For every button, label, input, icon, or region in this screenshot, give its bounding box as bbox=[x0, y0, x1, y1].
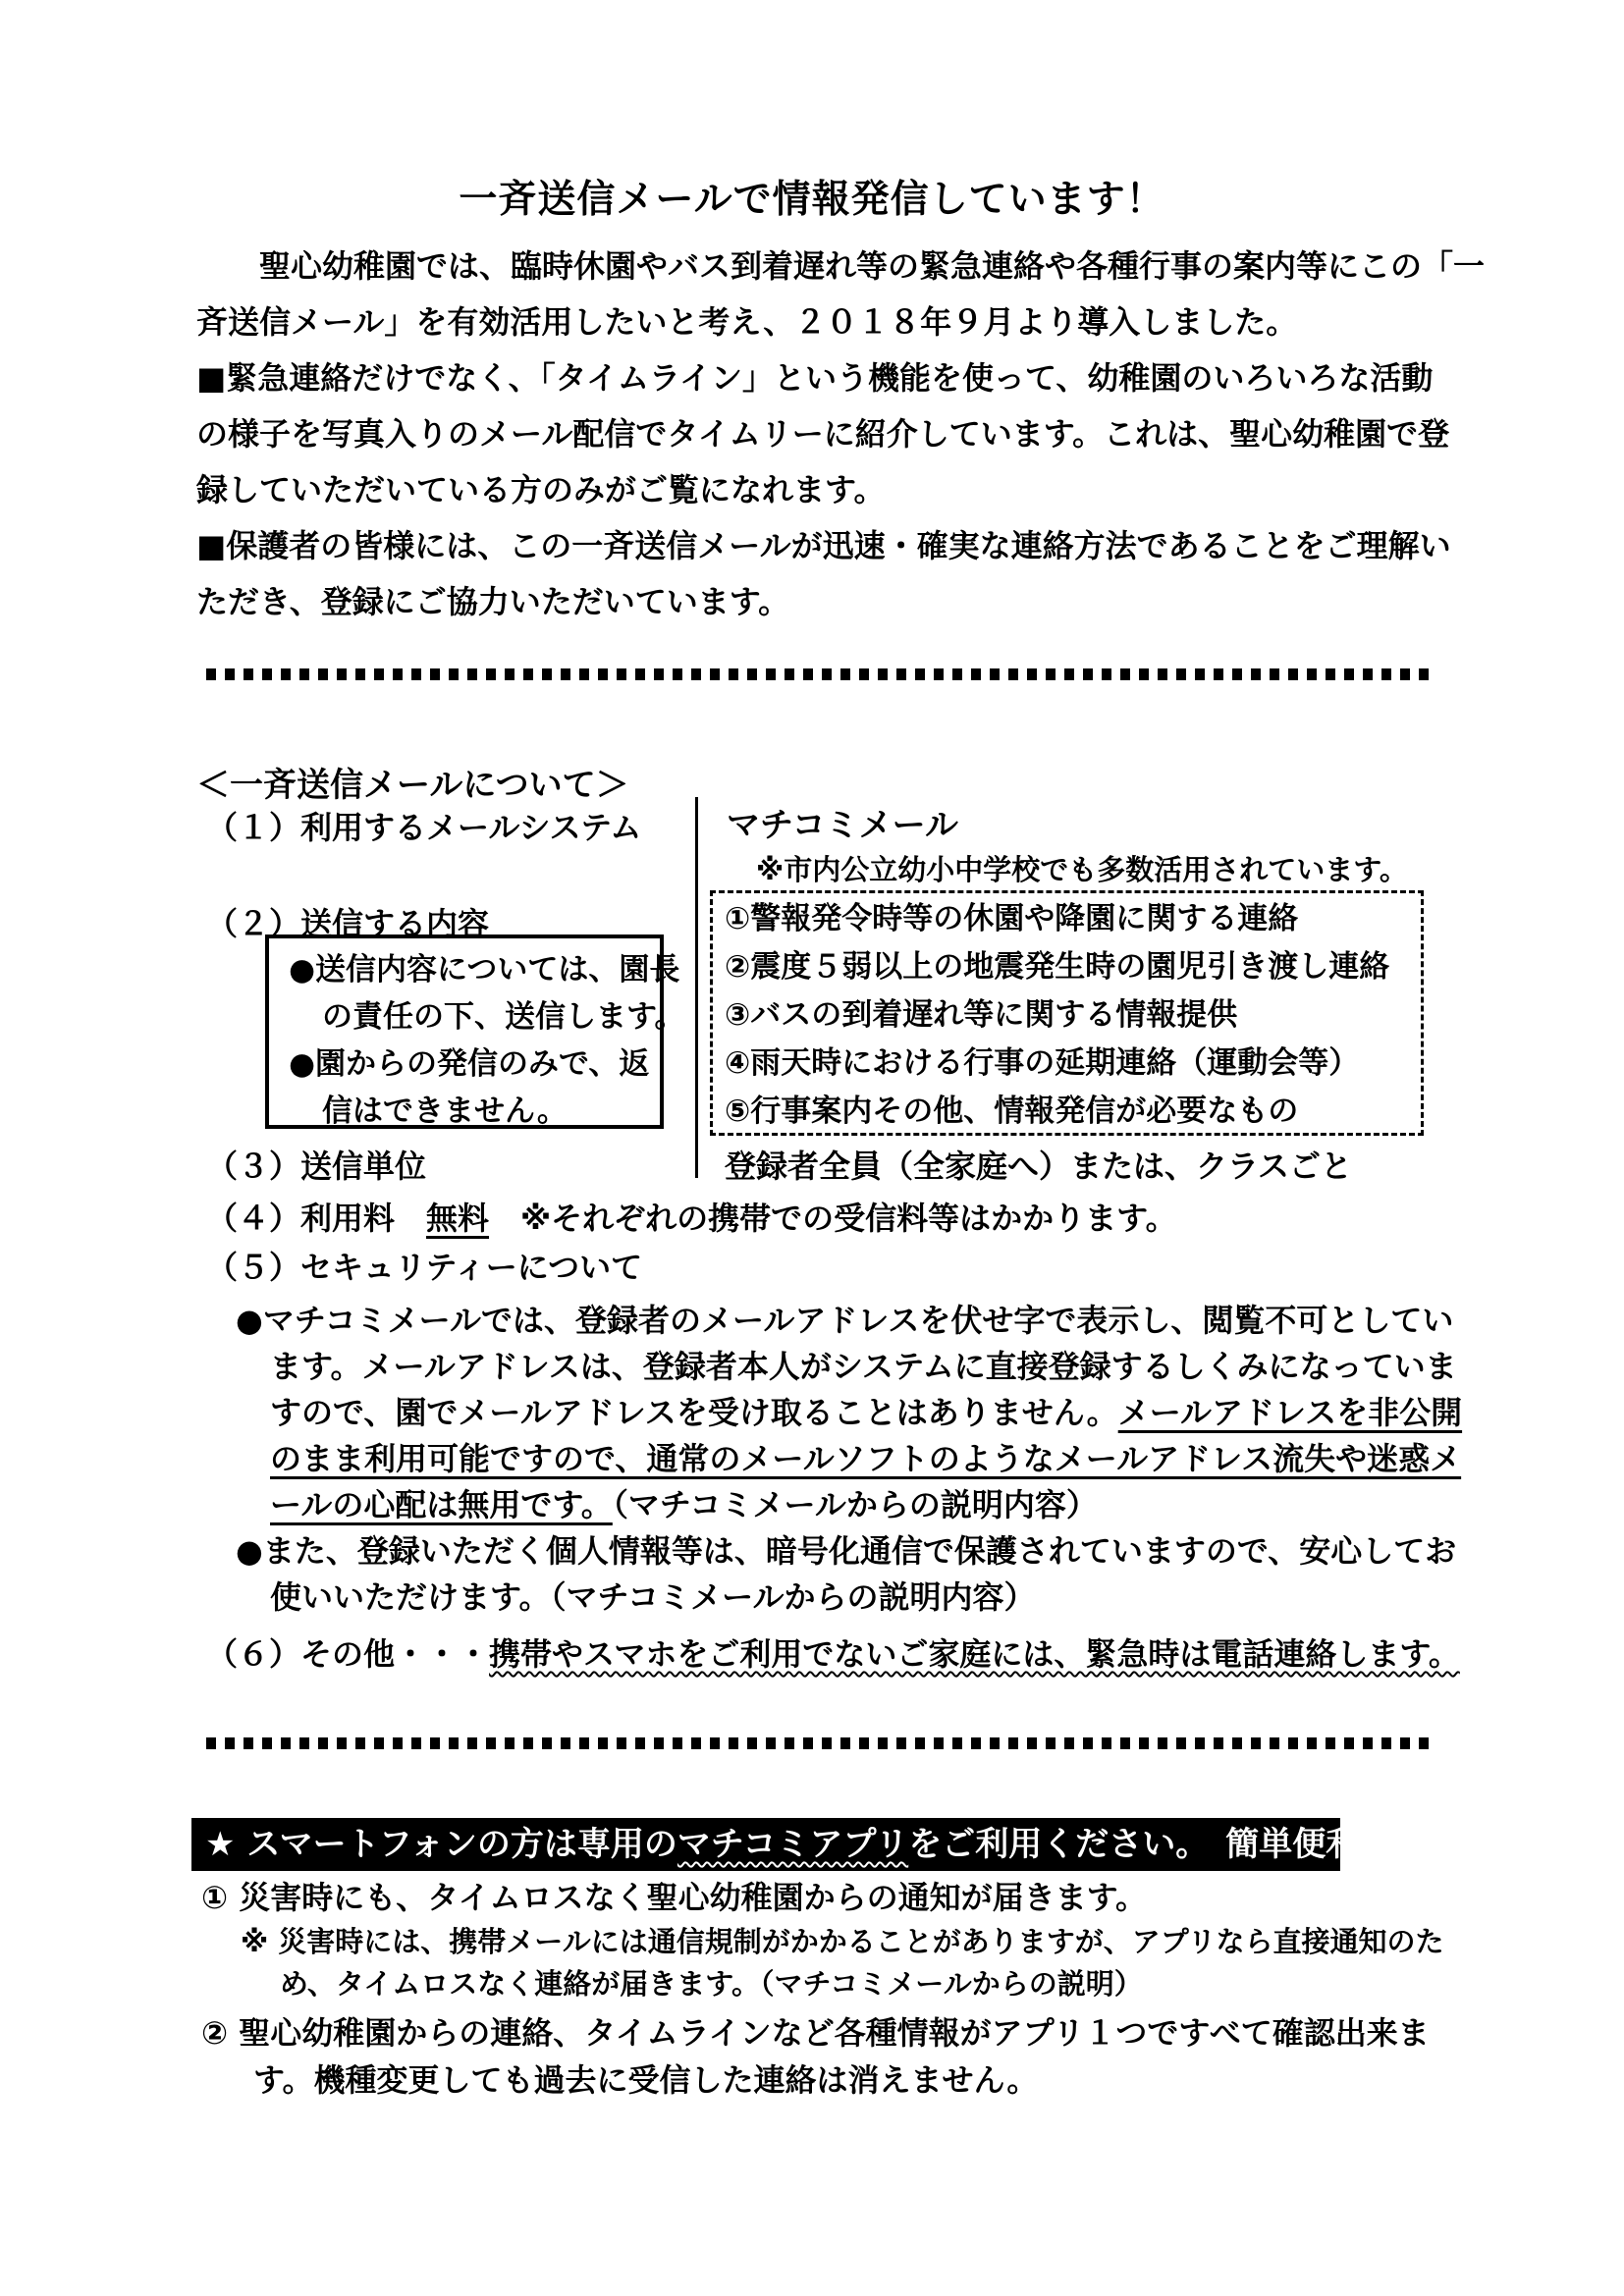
text-segment: メールアドレスを非公開 bbox=[1118, 1394, 1462, 1431]
text-segment: （マチコミメールからの説明内容） bbox=[613, 1486, 1098, 1523]
text-line: ③バスの到着遅れ等に関する情報提供 bbox=[725, 991, 1421, 1040]
text-line: ます。メールアドレスは、登録者本人がシステムに直接登録するしくみになっていま bbox=[0, 1344, 1624, 1390]
text-line: す。機種変更しても過去に受信した連絡は消えません。 bbox=[253, 2056, 1038, 2101]
text-line: ただき、登録にご協力いただいています。 bbox=[196, 574, 1485, 630]
text-line: ■保護者の皆様には、この一斉送信メールが迅速・確実な連絡方法であることをご理解い bbox=[196, 518, 1485, 574]
text-line: ②震度５弱以上の地震発生時の園児引き渡し連絡 bbox=[725, 943, 1421, 991]
text-line: ① 災害時にも、タイムロスなく聖心幼稚園からの通知が届きます。 bbox=[201, 1873, 1147, 1918]
text-segment: 携帯やスマホをご利用でないご家庭には、緊急時は電話連絡します。 bbox=[489, 1635, 1460, 1673]
text-line: 使いいただけます。（マチコミメールからの説明内容） bbox=[0, 1575, 1624, 1621]
text-line: 斉送信メール」を有効活用したいと考え、２０１８年９月より導入しました。 bbox=[196, 294, 1485, 350]
text-line: すので、園でメールアドレスを受け取ることはありません。メールアドレスを非公開 bbox=[0, 1390, 1624, 1436]
document-page: 一斉送信メールで情報発信しています！ 聖心幼稚園では、臨時休園やバス到着遅れ等の… bbox=[0, 0, 1624, 2296]
text-segment: のまま利用可能ですので、通常のメールソフトのようなメールアドレス流失や迷惑メ bbox=[270, 1440, 1461, 1477]
text-line: ●園からの発信のみで、返 bbox=[289, 1041, 660, 1088]
text-segment: （４）利用料 bbox=[206, 1200, 426, 1237]
send-unit-value: 登録者全員（全家庭へ）または、クラスごと bbox=[725, 1142, 1352, 1187]
text-line: のまま利用可能ですので、通常のメールソフトのようなメールアドレス流失や迷惑メ bbox=[0, 1436, 1624, 1482]
text-segment: ●また、登録いただく個人情報等は、暗号化通信で保護されていますので、安心してお bbox=[236, 1532, 1456, 1570]
text-segment: 無料 bbox=[426, 1200, 489, 1237]
send-content-note-box: ●送信内容については、園長の責任の下、送信します。●園からの発信のみで、返信はで… bbox=[265, 934, 664, 1129]
text-line: ④雨天時における行事の延期連絡（運動会等） bbox=[725, 1040, 1421, 1088]
text-segment: （６）その他・・・ bbox=[206, 1635, 489, 1673]
row5-label: （５）セキュリティーについて bbox=[206, 1243, 642, 1288]
text-line: 録していただいている方のみがご覧になれます。 bbox=[196, 462, 1485, 518]
text-segment: すので、園でメールアドレスを受け取ることはありません。 bbox=[270, 1394, 1118, 1431]
app-promo-banner: ★ スマートフォンの方は専用のマチコミアプリをご利用ください。 簡単便利！ bbox=[191, 1818, 1340, 1871]
text-segment: ※それぞれの携帯での受信料等はかかります。 bbox=[489, 1200, 1177, 1237]
text-line: ●また、登録いただく個人情報等は、暗号化通信で保護されていますので、安心してお bbox=[0, 1528, 1624, 1575]
text-segment: ●マチコミメールでは、登録者のメールアドレスを伏せ字で表示し、閲覧不可としてい bbox=[236, 1302, 1453, 1339]
text-segment: をご利用ください。 簡単便利！ bbox=[908, 1825, 1392, 1864]
row3-label: （３）送信単位 bbox=[206, 1142, 426, 1187]
text-line: ⑤行事案内その他、情報発信が必要なもの bbox=[725, 1088, 1421, 1136]
text-line: め、タイムロスなく連絡が届きます。（マチコミメールからの説明） bbox=[280, 1962, 1143, 2002]
security-paragraphs: ●マチコミメールでは、登録者のメールアドレスを伏せ字で表示し、閲覧不可としていま… bbox=[0, 1298, 1624, 1621]
text-line: ●マチコミメールでは、登録者のメールアドレスを伏せ字で表示し、閲覧不可としてい bbox=[0, 1298, 1624, 1344]
text-line: の責任の下、送信します。 bbox=[289, 993, 660, 1041]
column-divider-line bbox=[695, 797, 698, 1178]
text-segment: ます。メールアドレスは、登録者本人がシステムに直接登録するしくみになっていま bbox=[270, 1348, 1457, 1385]
intro-paragraphs: 聖心幼稚園では、臨時休園やバス到着遅れ等の緊急連絡や各種行事の案内等にこの「一斉… bbox=[196, 239, 1485, 630]
text-line: ールの心配は無用です。（マチコミメールからの説明内容） bbox=[0, 1482, 1624, 1528]
text-segment: 使いいただけます。（マチコミメールからの説明内容） bbox=[270, 1578, 1036, 1616]
text-line: ■緊急連絡だけでなく、「タイムライン」という機能を使って、幼稚園のいろいろな活動 bbox=[196, 350, 1485, 406]
send-content-list: ①警報発令時等の休園や降園に関する連絡②震度５弱以上の地震発生時の園児引き渡し連… bbox=[710, 890, 1424, 1136]
text-line: ② 聖心幼稚園からの連絡、タイムラインなど各種情報がアプリ１つですべて確認出来ま bbox=[201, 2008, 1430, 2054]
row1-label: （１）利用するメールシステム bbox=[206, 803, 641, 848]
mail-system-name: マチコミメール bbox=[727, 798, 958, 846]
other-line: （６）その他・・・携帯やスマホをご利用でないご家庭には、緊急時は電話連絡します。 bbox=[206, 1629, 1460, 1675]
page-title: 一斉送信メールで情報発信しています！ bbox=[0, 169, 1624, 224]
text-segment: マチコミアプリ bbox=[677, 1825, 908, 1864]
text-segment: ールの心配は無用です。 bbox=[270, 1486, 613, 1523]
mail-system-note: ※市内公立幼小中学校でも多数活用されています。 bbox=[756, 848, 1408, 888]
fee-line: （４）利用料 無料 ※それぞれの携帯での受信料等はかかります。 bbox=[206, 1194, 1177, 1239]
text-line: の様子を写真入りのメール配信でタイムリーに紹介しています。これは、聖心幼稚園で登 bbox=[196, 406, 1485, 462]
dashed-separator-top bbox=[206, 668, 1434, 680]
text-segment: ★ スマートフォンの方は専用の bbox=[205, 1825, 677, 1864]
dashed-separator-bottom bbox=[206, 1737, 1434, 1749]
section-heading: ＜一斉送信メールについて＞ bbox=[196, 758, 629, 806]
text-line: ※ 災害時には、携帯メールには通信規制がかかることがありますが、アプリなら直接通… bbox=[241, 1920, 1444, 1960]
text-line: 信はできません。 bbox=[289, 1088, 660, 1135]
text-line: ●送信内容については、園長 bbox=[289, 946, 660, 993]
text-line: 聖心幼稚園では、臨時休園やバス到着遅れ等の緊急連絡や各種行事の案内等にこの「一 bbox=[196, 239, 1485, 294]
text-line: ①警報発令時等の休園や降園に関する連絡 bbox=[725, 895, 1421, 943]
